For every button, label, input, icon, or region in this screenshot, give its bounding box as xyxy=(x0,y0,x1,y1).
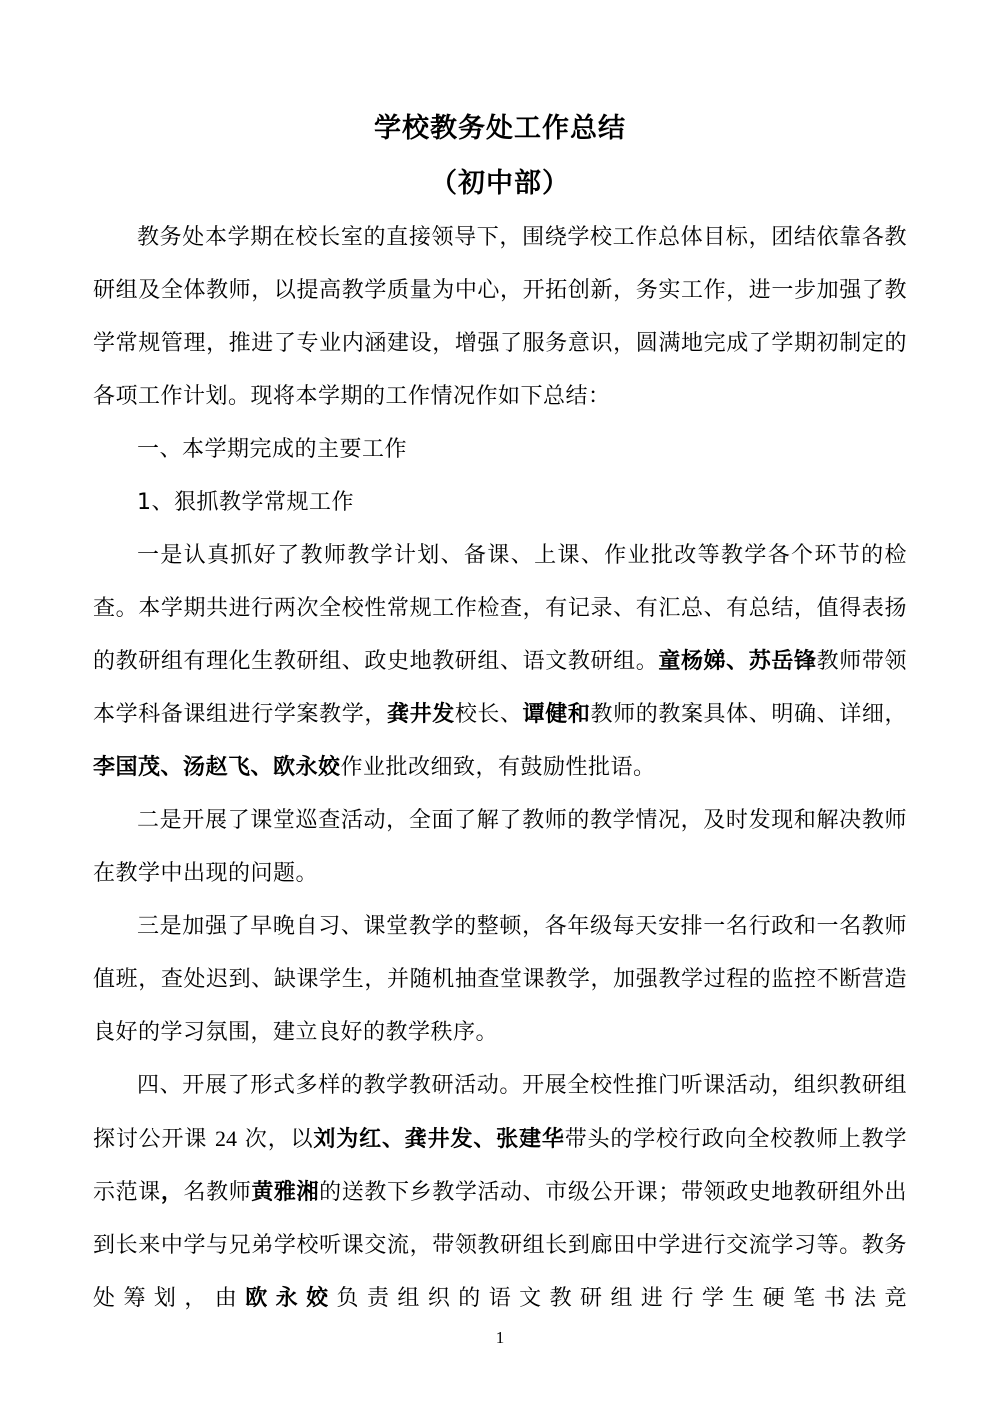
text-segment: 黄雅湘 xyxy=(251,1180,319,1205)
text-segment: 作业批改细致，有鼓励性批语。 xyxy=(341,755,656,780)
text-segment: 童杨娣、苏岳锋 xyxy=(658,649,816,674)
text-segment: ， xyxy=(161,1180,184,1205)
point-4-paragraph: 四、开展了形式多样的教学教研活动。开展全校性推门听课活动，组织教研组探讨公开课 … xyxy=(93,1059,907,1325)
text-segment: 刘为红、龚井发、张建华 xyxy=(313,1127,564,1152)
intro-paragraph: 教务处本学期在校长室的直接领导下，围绕学校工作总体目标，团结依靠各教研组及全体教… xyxy=(93,211,907,423)
section-heading-1: 一、本学期完成的主要工作 xyxy=(93,423,907,476)
text-segment: 负责组织的语文教研组进行学生硬笔书法竞 xyxy=(337,1286,907,1311)
text-segment: 24 xyxy=(215,1126,237,1151)
text-segment: 李国茂、汤赵飞、欧永姣 xyxy=(93,755,341,780)
page-number: 1 xyxy=(93,1326,907,1350)
sub-heading-1-1: 1、狠抓教学常规工作 xyxy=(93,476,907,529)
text-segment: 二是开展了课堂巡查活动，全面了解了教师的教学情况，及时发现和解决教师在教学中出现… xyxy=(93,808,907,886)
point-1-paragraph: 一是认真抓好了教师教学计划、备课、上课、作业批改等教学各个环节的检查。本学期共进… xyxy=(93,529,907,794)
document-body: 教务处本学期在校长室的直接领导下，围绕学校工作总体目标，团结依靠各教研组及全体教… xyxy=(93,211,907,1325)
document-subtitle: （初中部） xyxy=(93,156,907,211)
text-segment: 名教师 xyxy=(183,1180,251,1205)
text-segment: 一、本学期完成的主要工作 xyxy=(137,437,407,462)
text-segment: 欧永姣 xyxy=(245,1286,336,1311)
text-segment: 校长、 xyxy=(455,702,523,727)
text-segment: 教师的教案具体、明确、详细， xyxy=(591,702,907,727)
text-segment: 谭健和 xyxy=(523,702,591,727)
point-3-paragraph: 三是加强了早晚自习、课堂教学的整顿，各年级每天安排一名行政和一名教师值班，查处迟… xyxy=(93,900,907,1059)
document-page: 学校教务处工作总结 （初中部） 教务处本学期在校长室的直接领导下，围绕学校工作总… xyxy=(0,0,1000,1415)
text-segment: 1、狠抓教学常规工作 xyxy=(137,490,354,515)
text-segment: 三是加强了早晚自习、课堂教学的整顿，各年级每天安排一名行政和一名教师值班，查处迟… xyxy=(93,914,907,1045)
text-segment: 龚井发 xyxy=(387,702,455,727)
document-title: 学校教务处工作总结 xyxy=(93,101,907,156)
text-segment: 教务处本学期在校长室的直接领导下，围绕学校工作总体目标，团结依靠各教研组及全体教… xyxy=(93,225,907,409)
text-segment: 次，以 xyxy=(237,1127,313,1152)
point-2-paragraph: 二是开展了课堂巡查活动，全面了解了教师的教学情况，及时发现和解决教师在教学中出现… xyxy=(93,794,907,900)
